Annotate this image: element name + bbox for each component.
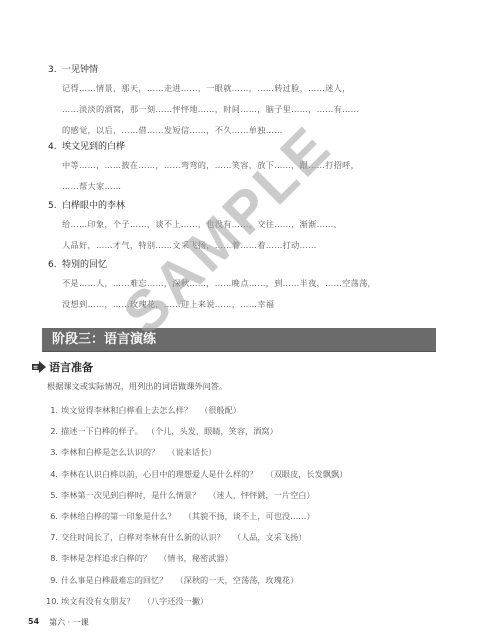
section-title: 一见钟情 (62, 65, 98, 75)
section-title: 白桦眼中的李林 (62, 201, 125, 211)
question-item: 4.李林在认识白桦以前，心目中的理想爱人是什么样的？（双眼皮，长发飘飘） (46, 464, 446, 485)
question-item: 10.埃文有没有女朋友？（八字还没一撇） (46, 591, 446, 612)
section-title: 埃文见到的白桦 (62, 142, 125, 152)
document-page: 3.一见钟情 记得……情景，那天，……走进……，一眼就……，……转过脸，……迷人… (0, 0, 484, 640)
question-item: 5.李林第一次见到白桦时，是什么情景？（迷人，怦怦跳，一片空白） (46, 485, 446, 506)
question-item: 1.埃文觉得李林和白桦看上去怎么样？（很般配） (46, 400, 446, 421)
section-number: 4. (48, 139, 62, 155)
section-line: 人品好，……才气，特别……文采飞扬，……着……着……打动…… (48, 235, 448, 256)
question-item: 9.什么事是白桦最难忘的回忆？（深秋的一天，空荡荡，玫瑰花） (46, 570, 446, 591)
question-item: 7.交往时间长了，白桦对李林有什么新的认识？（人品，文采飞扬） (46, 527, 446, 548)
page-number: 54 (28, 617, 39, 628)
question-item: 6.李林给白桦的第一印象是什么？（其貌不扬，谈不上，可也没……） (46, 506, 446, 527)
page-footer: 54 第六 · 一课 (28, 617, 89, 628)
question-item: 2.描述一下白桦的样子。（个儿，头发，眼睛，笑容，酒窝） (46, 421, 446, 442)
question-item: 3.李林和白桦是怎么认识的？（说来话长） (46, 442, 446, 463)
section-line: ……帮大家…… (48, 176, 448, 197)
section-5: 5.白桦眼中的李林 给……印象，个子……，谈不上……，也没有……，交往……，渐渐… (48, 198, 448, 256)
section-6: 6.特别的回忆 不是……人，……难忘……，深秋……，……晚点……，到……半夜，…… (48, 257, 448, 315)
instructions: 根据课文或实际情况，用列出的词语做课外问答。 (47, 381, 227, 392)
section-3: 3.一见钟情 记得……情景，那天，……走进……，一眼就……，……转过脸，……迷人… (48, 62, 448, 141)
section-title: 特别的回忆 (62, 260, 107, 270)
section-line: 中等……，……披在……，……弯弯的，……笑容，放下……，跟……打招呼， (48, 155, 448, 176)
section-line: 给……印象，个子……，谈不上……，也没有……，交往……，渐渐……， (48, 214, 448, 235)
arrow-right-icon (32, 361, 46, 373)
section-line: 记得……情景，那天，……走进……，一眼就……，……转过脸，……迷人， (48, 78, 448, 99)
section-number: 3. (48, 62, 62, 78)
section-number: 6. (48, 257, 62, 273)
section-line: 没想到……，……玫瑰花，……迎上来说……，……幸福 (48, 294, 448, 315)
running-title: 第六 · 一课 (49, 617, 89, 628)
stage-banner: 阶段三：语言演练 (42, 328, 436, 352)
section-4: 4.埃文见到的白桦 中等……，……披在……，……弯弯的，……笑容，放下……，跟…… (48, 139, 448, 197)
section-line: 不是……人，……难忘……，深秋……，……晚点……，到……半夜，……空荡荡， (48, 273, 448, 294)
section-line: 的感觉，以后，……借……发短信……，不久……单独…… (48, 120, 448, 141)
question-list: 1.埃文觉得李林和白桦看上去怎么样？（很般配） 2.描述一下白桦的样子。（个儿，… (46, 400, 446, 612)
question-item: 8.李林是怎样追求白桦的？（情书，秘密武器） (46, 548, 446, 569)
section-line: ……淡淡的酒窝，那一刻……怦怦地……，时间……，脑子里……，……有…… (48, 99, 448, 120)
section-number: 5. (48, 198, 62, 214)
subheading: 语言准备 (32, 358, 93, 376)
subheading-label: 语言准备 (49, 359, 93, 375)
